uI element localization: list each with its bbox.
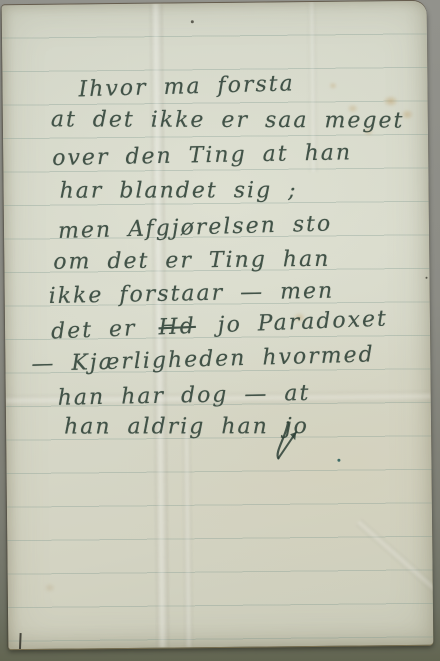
photograph: Ihvor ma forsta at det ikke er saa meget…: [0, 0, 440, 661]
handwriting-line: over den Ting at han: [52, 140, 352, 171]
handwriting-line: Ihvor ma forsta: [78, 71, 295, 102]
handwriting-block: Ihvor ma forsta at det ikke er saa meget…: [2, 1, 434, 649]
handwriting-segment: jo Paradoxet: [217, 307, 388, 339]
handwriting-line: det er Hd jo Paradoxet: [51, 307, 389, 345]
handwriting-line: men Afgjørelsen sto: [58, 211, 333, 244]
handwriting-segment: det er: [51, 316, 137, 344]
handwriting-line: ikke forstaar — men: [48, 279, 334, 309]
handwriting-line: han har dog — at: [58, 381, 311, 411]
struck-through-word: Hd: [158, 314, 196, 340]
handwriting-line: at det ikke er saa meget: [51, 107, 405, 133]
handwriting-line: har blandet sig ;: [60, 178, 298, 203]
handwriting-line: om det er Ting han: [53, 247, 330, 275]
manuscript-page: Ihvor ma forsta at det ikke er saa meget…: [2, 1, 434, 649]
handwriting-line: — Kjærligheden hvormed: [31, 342, 375, 377]
pen-arrow-flourish: [268, 420, 311, 472]
